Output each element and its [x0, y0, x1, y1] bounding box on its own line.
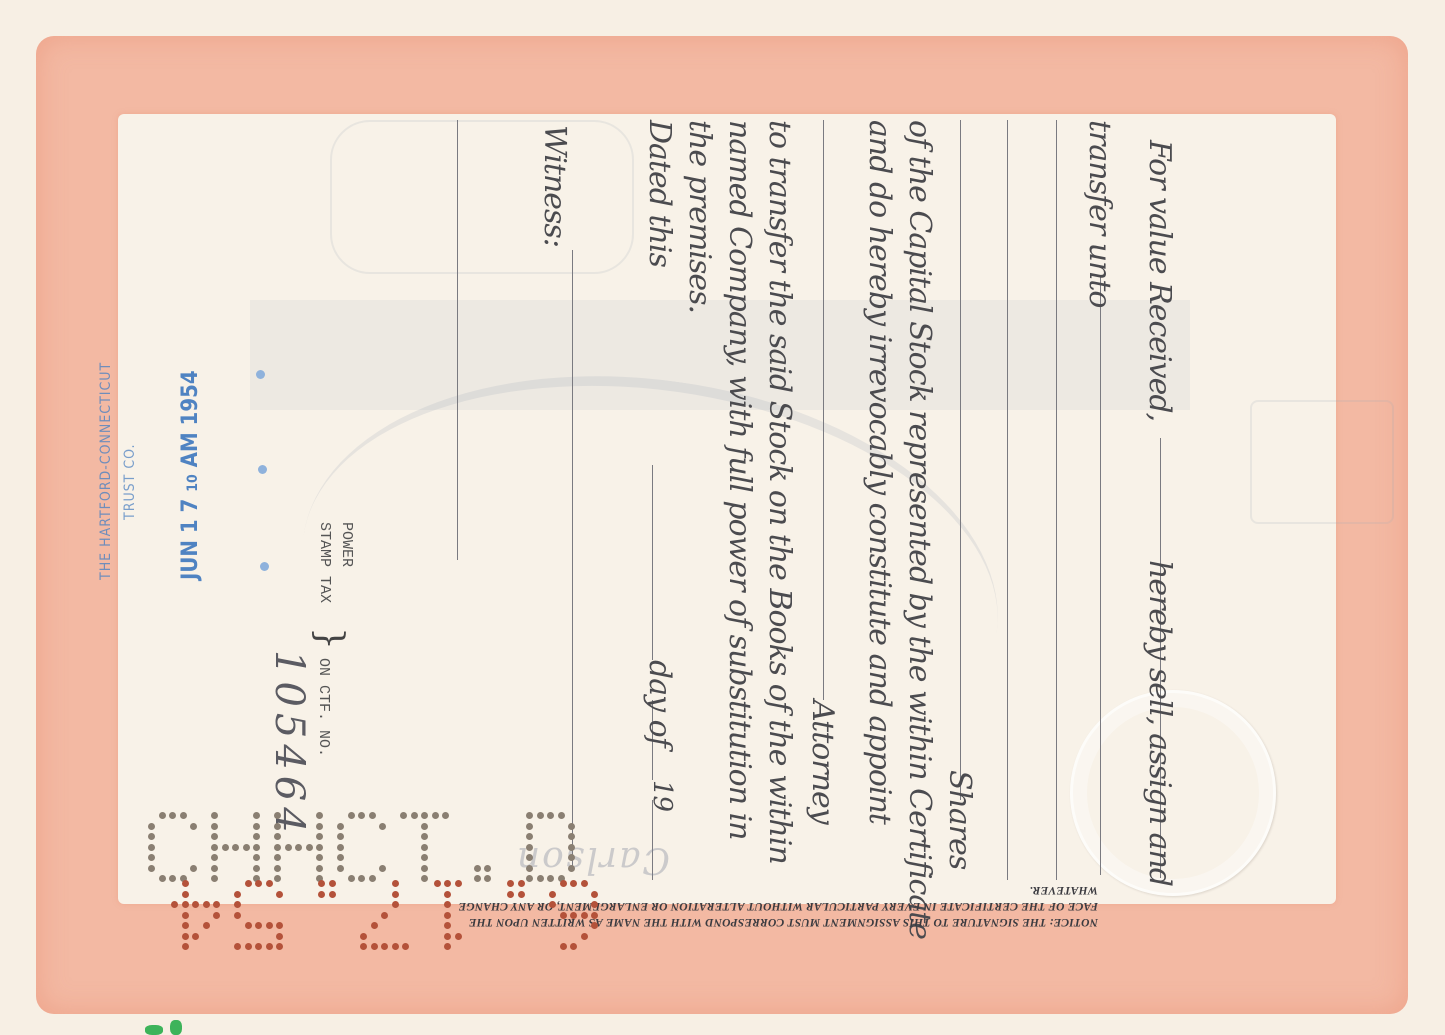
perforation-hole: [507, 891, 514, 898]
perforation-hole: [526, 823, 533, 830]
perforation-hole: [316, 833, 323, 840]
perforation-hole: [348, 875, 355, 882]
stamp-date-day: JUN 1 7: [178, 499, 203, 580]
perforation-hole: [234, 912, 241, 919]
perforation-hole: [568, 823, 575, 830]
perforation-hole: [392, 880, 399, 887]
perforation-hole: [381, 912, 388, 919]
perforation-hole: [266, 922, 273, 929]
perforation-hole: [558, 812, 565, 819]
perforation-hole: [274, 812, 281, 819]
perforation-hole: [274, 875, 281, 882]
perforation-hole: [211, 833, 218, 840]
perforation-hole: [591, 891, 598, 898]
perforation-hole: [444, 933, 451, 940]
year-prefix: 19: [647, 780, 677, 811]
perforation-hole: [253, 865, 260, 872]
faint-signature: Carlson: [515, 839, 670, 880]
perforation-hole: [316, 812, 323, 819]
perforation-hole: [526, 854, 533, 861]
fill-line-day: [652, 465, 653, 660]
perforation-hole: [444, 943, 451, 950]
perforation-hole: [222, 844, 229, 851]
perforation-hole: [295, 844, 302, 851]
perforation-hole: [337, 854, 344, 861]
perforation-hole: [203, 922, 210, 929]
perforation-hole: [591, 912, 598, 919]
perforation-hole: [182, 943, 189, 950]
perforation-hole: [274, 854, 281, 861]
perforation-hole: [421, 865, 428, 872]
perforation-hole: [568, 833, 575, 840]
perforation-hole: [358, 812, 365, 819]
perforation-hole: [381, 943, 388, 950]
perforation-hole: [568, 844, 575, 851]
perforation-hole: [570, 880, 577, 887]
perforation-hole: [421, 812, 428, 819]
perforation-hole: [442, 812, 449, 819]
perforation-hole: [232, 844, 239, 851]
perforation-hole: [337, 823, 344, 830]
perforation-hole: [570, 912, 577, 919]
perforation-hole: [203, 901, 210, 908]
perforation-hole: [276, 891, 283, 898]
perforation-hole: [276, 922, 283, 929]
perforation-hole: [337, 865, 344, 872]
day-of-label: day of: [642, 660, 677, 747]
perforation-hole: [392, 901, 399, 908]
perforation-hole: [421, 823, 428, 830]
constitute-appoint-line: and do hereby irrevocably constitute and…: [862, 120, 897, 824]
stamp-bullet: [256, 370, 265, 379]
perforation-hole: [316, 823, 323, 830]
perforation-hole: [274, 833, 281, 840]
perforation-hole: [255, 943, 262, 950]
perforation-hole: [234, 943, 241, 950]
perforation-hole: [400, 812, 407, 819]
perforation-hole: [432, 812, 439, 819]
perforation-hole: [266, 943, 273, 950]
perforation-hole: [211, 844, 218, 851]
perforation-hole: [591, 901, 598, 908]
perforation-hole: [537, 812, 544, 819]
perforation-hole: [411, 812, 418, 819]
fill-line-witness: [572, 250, 573, 870]
perforation-hole: [421, 854, 428, 861]
perforation-hole: [444, 901, 451, 908]
perforation-hole: [211, 875, 218, 882]
perforation-hole: [316, 854, 323, 861]
perforation-hole: [581, 912, 588, 919]
perforation-hole: [182, 912, 189, 919]
transfer-stock-line: to transfer the said Stock on the Books …: [762, 120, 797, 864]
perforation-hole: [182, 922, 189, 929]
perforation-hole: [348, 812, 355, 819]
fill-line-transfer-unto: [1100, 275, 1101, 875]
perforation-hole: [274, 823, 281, 830]
perforation-hole: [549, 891, 556, 898]
attorney-label: Attorney: [805, 700, 840, 824]
transfer-unto-label: transfer unto: [1082, 120, 1117, 308]
bank-name-stamp-line2: TRUST CO.: [122, 444, 138, 521]
perforation-hole: [276, 943, 283, 950]
perforation-hole: [148, 844, 155, 851]
perforation-hole: [276, 933, 283, 940]
perforation-hole: [484, 865, 491, 872]
perforation-hole: [266, 880, 273, 887]
perforation-hole: [337, 833, 344, 840]
perforation-hole: [421, 875, 428, 882]
perforation-hole: [169, 875, 176, 882]
ink-mark: [170, 1020, 182, 1035]
sell-assign-label: hereby sell, assign and: [1142, 560, 1177, 886]
perforation-hole: [329, 891, 336, 898]
perforation-hole: [434, 880, 441, 887]
perforation-hole: [474, 865, 481, 872]
perforation-hole: [190, 865, 197, 872]
perforation-hole: [211, 823, 218, 830]
perforation-hole: [182, 933, 189, 940]
stamp-year: 1954: [178, 370, 203, 425]
perforation-hole: [547, 812, 554, 819]
stamp-bullet: [260, 562, 269, 571]
perforation-hole: [474, 875, 481, 882]
handwritten-ctf-number: 105464: [266, 650, 312, 839]
perforation-hole: [444, 912, 451, 919]
perforation-hole: [211, 812, 218, 819]
perforation-hole: [148, 865, 155, 872]
perforation-hole: [234, 891, 241, 898]
perforation-hole: [402, 943, 409, 950]
perforation-hole: [568, 865, 575, 872]
perforation-hole: [549, 901, 556, 908]
front-show-through-box: [1250, 400, 1394, 524]
perforation-hole: [444, 922, 451, 929]
perforation-hole: [581, 880, 588, 887]
perforation-hole: [369, 812, 376, 819]
perforation-hole: [316, 844, 323, 851]
named-company-line: named Company, with full power of substi…: [722, 120, 757, 840]
perforation-hole: [518, 880, 525, 887]
perforation-hole: [253, 854, 260, 861]
stamp-date: JUN 1 7 10 AM 1954: [178, 370, 203, 580]
power-label: POWER: [338, 522, 355, 567]
perforation-hole: [234, 901, 241, 908]
perforation-hole: [560, 912, 567, 919]
bank-name-stamp: THE HARTFORD-CONNECTICUT: [98, 362, 114, 580]
perforation-hole: [526, 844, 533, 851]
perforation-hole: [245, 880, 252, 887]
perforation-hole: [285, 844, 292, 851]
perforation-hole: [316, 865, 323, 872]
perforation-hole: [371, 922, 378, 929]
perforation-hole: [159, 812, 166, 819]
front-show-through-vignette: [330, 120, 634, 274]
perforation-hole: [379, 823, 386, 830]
perforation-hole: [484, 875, 491, 882]
perforation-hole: [148, 833, 155, 840]
perforation-hole: [211, 865, 218, 872]
perforation-hole: [211, 854, 218, 861]
perforation-hole: [371, 943, 378, 950]
perforation-hole: [245, 943, 252, 950]
perforation-hole: [318, 891, 325, 898]
perforation-hole: [148, 854, 155, 861]
perforation-hole: [182, 901, 189, 908]
perforation-hole: [306, 844, 313, 851]
witness-label: Witness:: [537, 125, 572, 247]
perforation-hole: [360, 943, 367, 950]
perforation-hole: [182, 891, 189, 898]
perforation-hole: [253, 833, 260, 840]
perforation-hole: [213, 912, 220, 919]
perforation-hole: [255, 922, 262, 929]
perforation-hole: [243, 844, 250, 851]
perforation-hole: [444, 891, 451, 898]
perforation-hole: [360, 933, 367, 940]
premises-line: the premises.: [682, 120, 717, 313]
perforation-hole: [526, 875, 533, 882]
fill-line-blank-2: [1007, 120, 1008, 880]
perforation-hole: [591, 922, 598, 929]
perforation-hole: [570, 943, 577, 950]
perforation-hole: [444, 880, 451, 887]
tax-brace: }: [309, 627, 350, 650]
stamp-time: 10: [185, 474, 201, 492]
fill-line-attorney: [823, 120, 824, 700]
stamp-bullet: [258, 465, 267, 474]
perforation-hole: [547, 875, 554, 882]
perforation-hole: [518, 891, 525, 898]
ctf-number-label: ON CTF. NO.: [315, 658, 332, 757]
stamp-meridiem: AM: [178, 432, 203, 467]
perforation-hole: [369, 875, 376, 882]
stamp-tax-label: STAMP TAX: [316, 522, 333, 603]
perforation-hole: [192, 933, 199, 940]
perforation-hole: [455, 880, 462, 887]
perforation-hole: [318, 880, 325, 887]
perforation-hole: [560, 943, 567, 950]
perforation-hole: [526, 833, 533, 840]
perforation-hole: [245, 922, 252, 929]
perforation-hole: [171, 901, 178, 908]
perforation-hole: [392, 943, 399, 950]
perforation-hole: [358, 875, 365, 882]
perforation-hole: [421, 844, 428, 851]
perforation-hole: [560, 880, 567, 887]
perforation-hole: [507, 880, 514, 887]
perforation-hole: [255, 880, 262, 887]
perforation-hole: [148, 823, 155, 830]
perforation-hole: [581, 933, 588, 940]
notice-label: NOTICE:: [1049, 916, 1098, 928]
perforation-hole: [213, 901, 220, 908]
capital-stock-line: of the Capital Stock represented by the …: [902, 120, 937, 939]
perforation-hole: [182, 880, 189, 887]
perforation-hole: [392, 891, 399, 898]
perforation-hole: [455, 933, 462, 940]
perforation-hole: [526, 812, 533, 819]
fill-line-shares: [960, 120, 961, 800]
perforation-hole: [421, 833, 428, 840]
perforation-hole: [180, 812, 187, 819]
perforation-hole: [526, 865, 533, 872]
perforation-hole: [537, 875, 544, 882]
perforation-hole: [169, 812, 176, 819]
dated-this-label: Dated this: [642, 120, 677, 267]
perforation-hole: [274, 844, 281, 851]
ink-mark: [145, 1025, 163, 1035]
perforation-hole: [159, 875, 166, 882]
fill-line-blank-1: [1056, 120, 1057, 880]
fill-line-signature: [457, 120, 458, 560]
perforation-hole: [568, 854, 575, 861]
perforation-hole: [379, 865, 386, 872]
perforation-hole: [253, 823, 260, 830]
perforation-hole: [329, 880, 336, 887]
value-received-label: For value Received,: [1142, 140, 1177, 421]
perforation-hole: [190, 823, 197, 830]
perforation-hole: [253, 844, 260, 851]
shares-label: Shares: [942, 770, 977, 869]
perforation-hole: [274, 865, 281, 872]
perforation-hole: [337, 844, 344, 851]
perforation-hole: [253, 812, 260, 819]
perforation-hole: [192, 901, 199, 908]
